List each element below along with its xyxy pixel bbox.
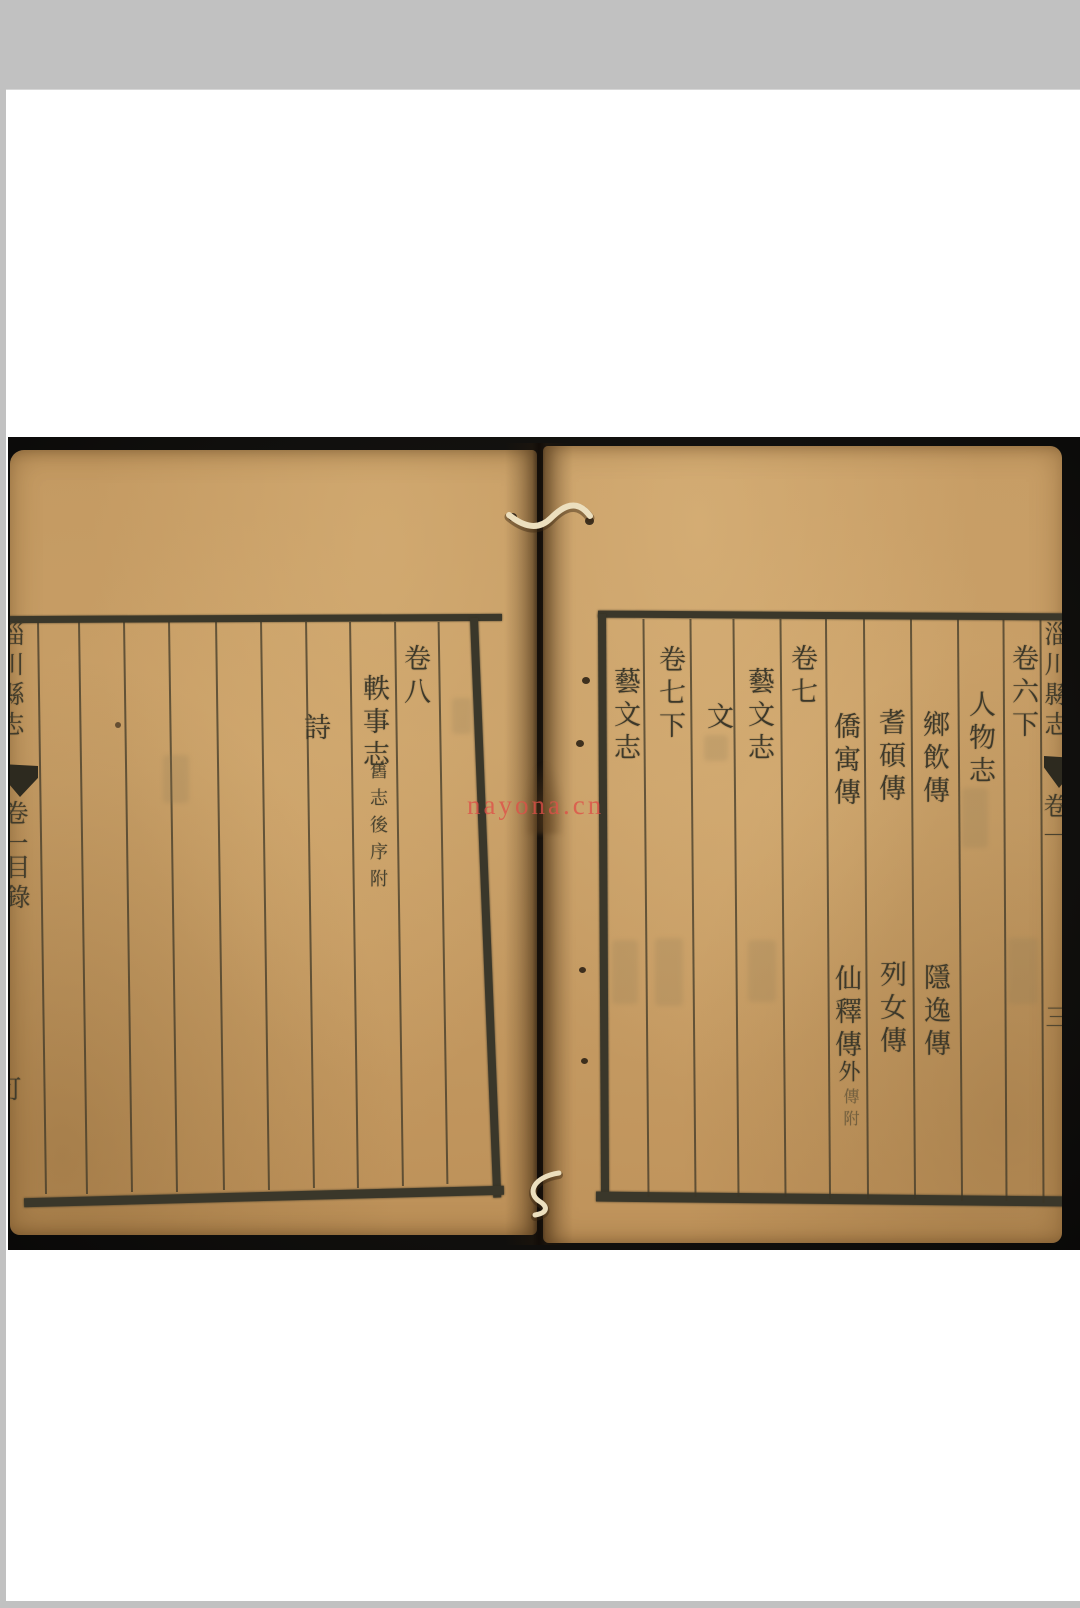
ink-bleedthrough bbox=[612, 940, 638, 1004]
left-frame-top-border bbox=[10, 614, 502, 623]
site-watermark: nayona.cn bbox=[467, 790, 687, 821]
binding-hole bbox=[581, 1058, 588, 1064]
column-rule bbox=[260, 622, 270, 1190]
column-rule bbox=[689, 619, 696, 1197]
toc-entry-qishuo: 耆碩傳 bbox=[876, 708, 903, 807]
toc-entry-yiwenzhi2: 藝文志 bbox=[611, 667, 638, 766]
left-banxin-page-number: 可 bbox=[10, 1076, 19, 1106]
binding-hole bbox=[582, 677, 590, 684]
column-rule bbox=[168, 622, 178, 1192]
toc-entry-yiwenzhi1: 藝文志 bbox=[745, 667, 772, 766]
ink-bleedthrough bbox=[452, 698, 472, 734]
column-rule bbox=[957, 619, 963, 1201]
column-rule bbox=[78, 622, 88, 1194]
toc-note-xianshi: 傳附 bbox=[841, 1088, 857, 1132]
column-rule bbox=[732, 619, 739, 1197]
toc-entry-vol7b: 卷七下 bbox=[656, 645, 683, 744]
toc-entry-renwuzhi: 人物志 bbox=[966, 690, 993, 789]
toc-entry-vol8: 卷八 bbox=[401, 644, 428, 710]
ink-bleedthrough bbox=[748, 940, 776, 1002]
column-rule bbox=[305, 622, 315, 1188]
right-banxin-page-number: 三 bbox=[1043, 1004, 1062, 1034]
toc-note-yishizhi: 舊志後序附 bbox=[369, 761, 387, 896]
column-rule bbox=[910, 619, 916, 1199]
left-fishtail-mark bbox=[10, 764, 38, 797]
left-frame-right-border bbox=[470, 618, 501, 1198]
column-rule bbox=[779, 619, 786, 1197]
toc-entry-yishizhi: 軼事志 bbox=[360, 674, 387, 773]
toc-entry-wen: 文 bbox=[704, 702, 731, 735]
ink-bleedthrough bbox=[1008, 938, 1038, 1004]
toc-entry-xianshi: 仙釋傳 bbox=[832, 964, 859, 1063]
binding-thread-top bbox=[495, 492, 605, 540]
left-banxin-title: 淄川縣志 bbox=[10, 621, 22, 741]
binding-thread-bottom bbox=[513, 1169, 573, 1221]
toc-entry-xiangyin: 鄉飲傳 bbox=[920, 710, 947, 809]
ink-bleedthrough bbox=[163, 755, 189, 803]
left-banxin-chapter: 卷一 bbox=[10, 800, 26, 860]
column-rule bbox=[37, 622, 47, 1194]
binding-hole bbox=[576, 740, 584, 747]
ink-bleedthrough bbox=[655, 938, 683, 1006]
left-frame-bottom-border bbox=[24, 1186, 504, 1208]
right-banxin-chapter: 卷一 bbox=[1041, 793, 1062, 853]
right-frame-left-border bbox=[598, 614, 609, 1198]
toc-entry-yinyi: 隱逸傳 bbox=[921, 963, 948, 1062]
toc-entry-qiaoyu: 僑寓傳 bbox=[831, 712, 858, 811]
binding-hole bbox=[579, 967, 586, 973]
column-rule bbox=[123, 622, 133, 1192]
column-rule bbox=[642, 619, 649, 1197]
toc-entry-vol7: 卷七 bbox=[788, 644, 815, 710]
ink-bleedthrough bbox=[962, 788, 988, 848]
ink-bleedthrough bbox=[704, 735, 728, 761]
toc-entry-lienv: 列女傳 bbox=[877, 960, 904, 1059]
right-fishtail-mark bbox=[1044, 756, 1062, 788]
toc-entry-xianshi-suffix: 外 bbox=[837, 1060, 859, 1086]
left-banxin-section: 目錄 bbox=[10, 854, 28, 914]
column-rule bbox=[349, 622, 359, 1188]
column-rule bbox=[1002, 619, 1007, 1201]
book-scan-photo: 淄川縣志 卷一 目錄 可 卷八 軼事志 舊志後序附 詩 bbox=[8, 437, 1080, 1250]
toc-entry-shi: 詩 bbox=[301, 713, 328, 746]
column-rule bbox=[438, 622, 449, 1184]
column-rule bbox=[863, 619, 869, 1199]
screenshot-root: 淄川縣志 卷一 目錄 可 卷八 軼事志 舊志後序附 詩 bbox=[0, 0, 1080, 1608]
column-rule bbox=[215, 622, 225, 1190]
right-page: 淄川縣志 卷一 三 卷六下 人物志 鄉飲傳 耆碩傳 僑寓傳 隱逸傳 列女傳 仙釋… bbox=[543, 446, 1062, 1243]
paper-speck bbox=[115, 722, 121, 728]
column-rule bbox=[825, 619, 831, 1199]
right-banxin-title: 淄川縣志 bbox=[1042, 621, 1062, 741]
toc-entry-vol6b: 卷六下 bbox=[1009, 644, 1036, 743]
right-frame-top-border bbox=[598, 611, 1062, 621]
left-page: 淄川縣志 卷一 目錄 可 卷八 軼事志 舊志後序附 詩 bbox=[10, 450, 537, 1235]
